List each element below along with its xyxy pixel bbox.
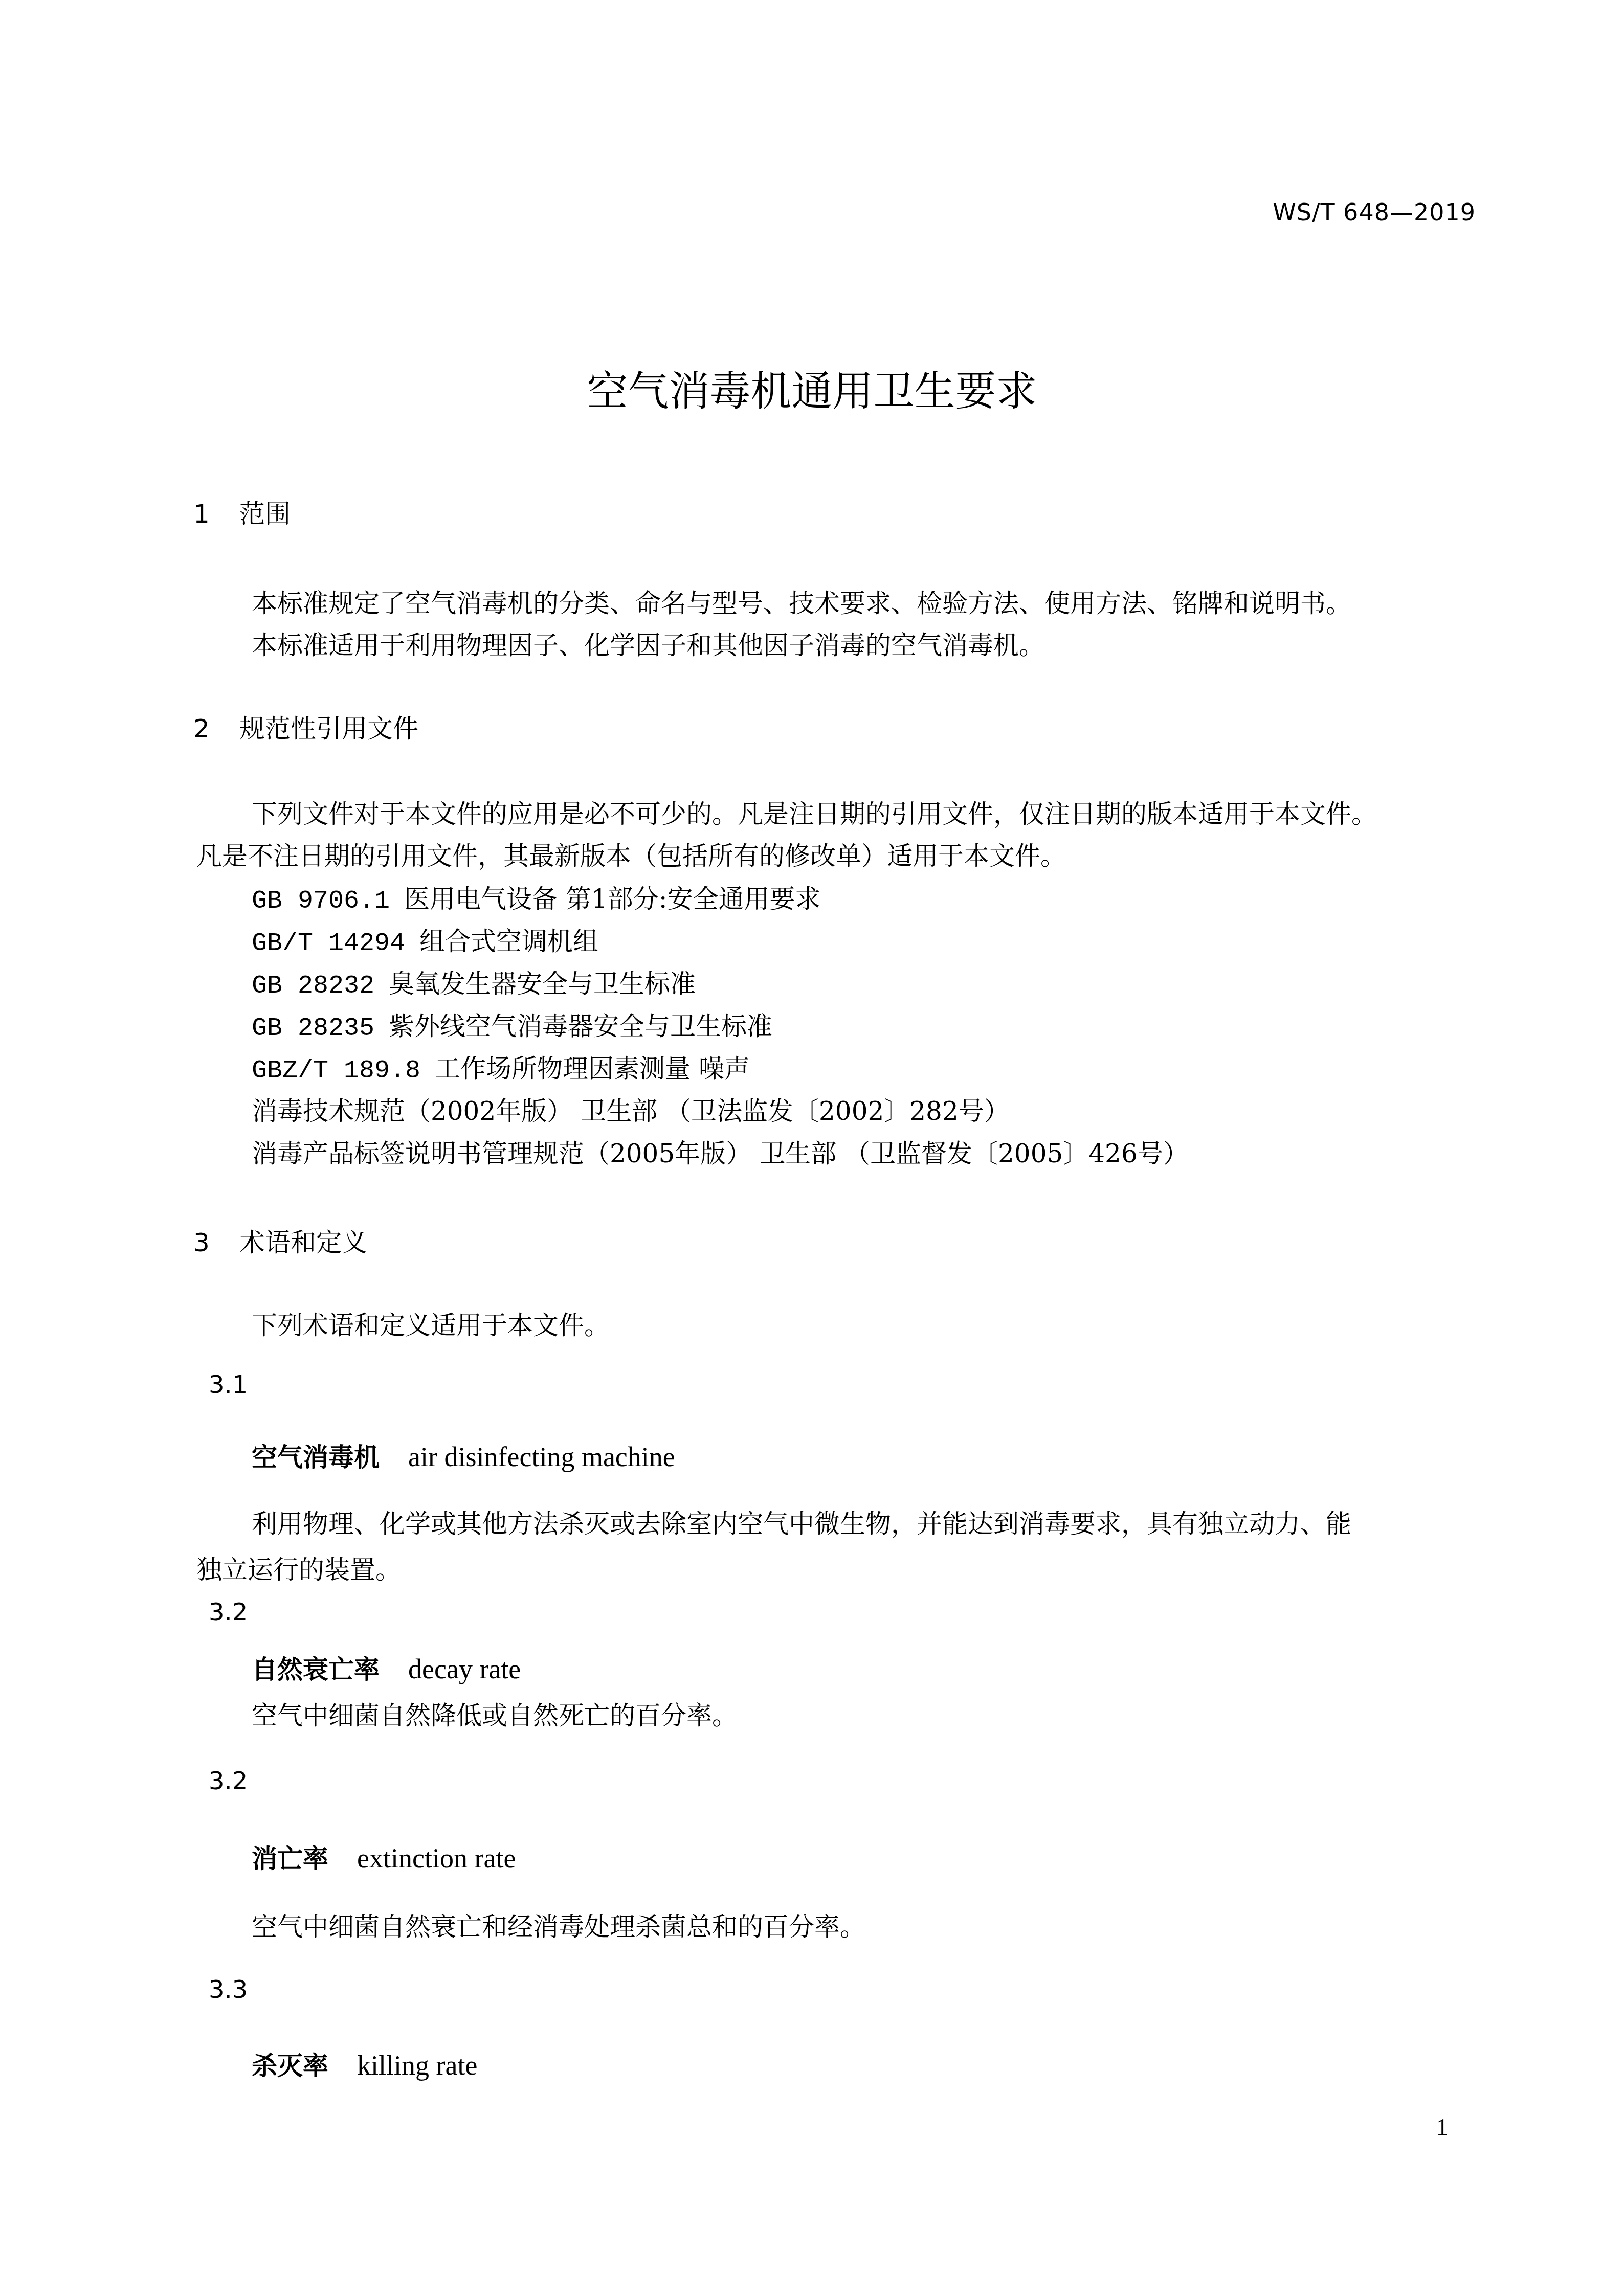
term-entry: 杀灭率killing rate <box>252 2045 477 2082</box>
paragraph: 凡是不注日期的引用文件，其最新版本（包括所有的修改单）适用于本文件。 <box>196 836 1066 872</box>
term-english: decay rate <box>408 1654 521 1684</box>
reference-title: 紫外线空气消毒器安全与卫生标准 <box>389 1011 772 1041</box>
term-definition: 空气中细菌自然降低或自然死亡的百分率。 <box>252 1695 738 1732</box>
reference-code: GB 28232 <box>252 972 374 1001</box>
reference-title: 医用电气设备 第1部分:安全通用要求 <box>404 884 821 914</box>
section-number: 2 <box>193 714 239 744</box>
term-english: killing rate <box>357 2050 477 2081</box>
reference-title: 工作场所物理因素测量 噪声 <box>435 1054 750 1084</box>
reference-item: GB 9706.1医用电气设备 第1部分:安全通用要求 <box>252 879 821 916</box>
reference-code: GB 28235 <box>252 1014 374 1043</box>
reference-item: GB 28235紫外线空气消毒器安全与卫生标准 <box>252 1006 772 1043</box>
term-chinese: 自然衰亡率 <box>252 1655 380 1684</box>
reference-code: GB 9706.1 <box>252 887 390 916</box>
paragraph: 下列术语和定义适用于本文件。 <box>252 1305 610 1342</box>
reference-code: GB/T 14294 <box>252 929 405 958</box>
term-english: air disinfecting machine <box>408 1442 675 1472</box>
term-entry: 空气消毒机air disinfecting machine <box>252 1437 675 1474</box>
standard-code: WS/T 648—2019 <box>1273 198 1476 226</box>
term-chinese: 消亡率 <box>252 1844 328 1874</box>
paragraph: 下列文件对于本文件的应用是必不可少的。凡是注日期的引用文件，仅注日期的版本适用于… <box>252 794 1377 830</box>
page-number: 1 <box>1436 2113 1448 2141</box>
reference-title: 消毒产品标签说明书管理规范（2005年版） 卫生部 （卫监督发〔2005〕426… <box>252 1139 1189 1168</box>
section-title: 范围 <box>239 499 291 529</box>
reference-title: 消毒技术规范（2002年版） 卫生部 （卫法监发〔2002〕282号） <box>252 1096 1010 1126</box>
term-definition: 利用物理、化学或其他方法杀灭或去除室内空气中微生物，并能达到消毒要求，具有独立动… <box>252 1503 1351 1540</box>
section-title: 术语和定义 <box>239 1228 367 1257</box>
reference-title: 臭氧发生器安全与卫生标准 <box>389 969 696 999</box>
clause-number: 3.3 <box>209 1975 248 2004</box>
clause-number: 3.1 <box>209 1370 248 1399</box>
term-entry: 自然衰亡率decay rate <box>252 1649 521 1686</box>
section-3-heading: 3术语和定义 <box>193 1222 367 1259</box>
section-number: 3 <box>193 1228 239 1257</box>
term-english: extinction rate <box>357 1843 516 1874</box>
paragraph: 本标准适用于利用物理因子、化学因子和其他因子消毒的空气消毒机。 <box>252 625 1044 662</box>
section-2-heading: 2规范性引用文件 <box>193 708 418 745</box>
reference-item: GB/T 14294组合式空调机组 <box>252 921 598 958</box>
reference-title: 组合式空调机组 <box>419 927 598 956</box>
term-definition: 空气中细菌自然衰亡和经消毒处理杀菌总和的百分率。 <box>252 1906 865 1943</box>
reference-item: GBZ/T 189.8工作场所物理因素测量 噪声 <box>252 1048 750 1086</box>
term-chinese: 空气消毒机 <box>252 1443 380 1472</box>
reference-item: GB 28232臭氧发生器安全与卫生标准 <box>252 963 696 1001</box>
clause-number: 3.2 <box>209 1598 248 1627</box>
paragraph: 本标准规定了空气消毒机的分类、命名与型号、技术要求、检验方法、使用方法、铭牌和说… <box>252 583 1351 620</box>
term-entry: 消亡率extinction rate <box>252 1838 516 1875</box>
section-title: 规范性引用文件 <box>239 714 418 744</box>
term-definition: 独立运行的装置。 <box>196 1549 401 1586</box>
section-1-heading: 1范围 <box>193 493 291 530</box>
term-chinese: 杀灭率 <box>252 2051 328 2081</box>
reference-item: 消毒技术规范（2002年版） 卫生部 （卫法监发〔2002〕282号） <box>252 1091 1010 1128</box>
document-title: 空气消毒机通用卫生要求 <box>0 358 1624 417</box>
reference-item: 消毒产品标签说明书管理规范（2005年版） 卫生部 （卫监督发〔2005〕426… <box>252 1133 1189 1170</box>
reference-code: GBZ/T 189.8 <box>252 1056 420 1086</box>
clause-number: 3.2 <box>209 1767 248 1795</box>
section-number: 1 <box>193 499 239 529</box>
